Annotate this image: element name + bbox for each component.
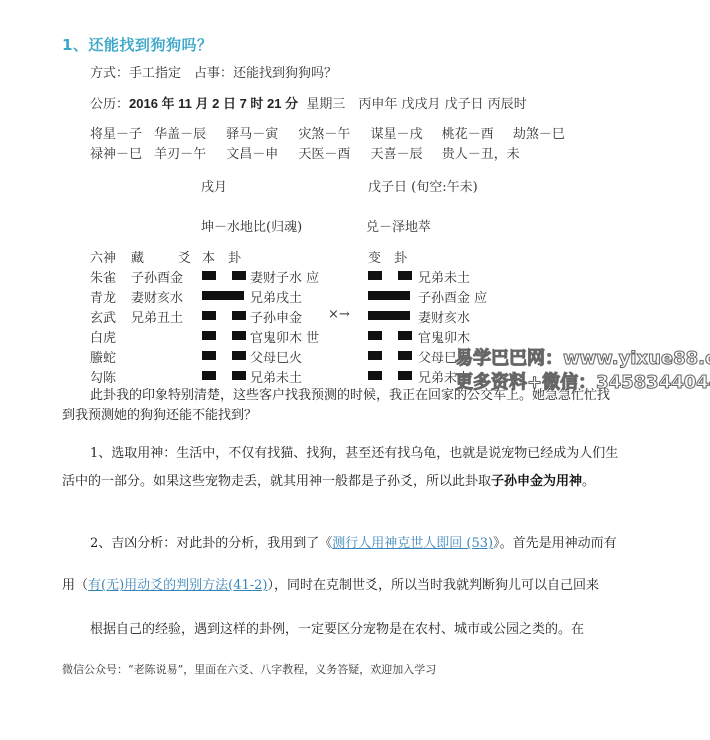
header-liushen: 六神 xyxy=(90,247,116,266)
shensha-row-1: 将星－子 华盖－辰 驿马－寅 灾煞－午 谋星－戌 桃花－酉 劫煞－巳 xyxy=(90,123,565,142)
shensha-item: 华盖－辰 xyxy=(154,123,222,142)
date-value: 2016 年 11 月 2 日 7 时 21 分 xyxy=(129,96,298,111)
shensha-item: 谋星－戌 xyxy=(371,123,438,142)
yang-line-icon xyxy=(202,291,244,300)
shensha-item: 劫煞－巳 xyxy=(513,123,565,142)
shensha-item: 天喜－辰 xyxy=(371,143,438,162)
point-1-paragraph: 1、选取用神：生活中，不仅有找猫、找狗，甚至还有找乌龟，也就是说宠物已经成为人们… xyxy=(62,440,622,496)
ben-yao-text: 兄弟未土 xyxy=(250,367,302,386)
cang: 子孙酉金 xyxy=(131,267,183,286)
yin-line-icon xyxy=(202,311,246,320)
ben-yao-text: 官鬼卯木 世 xyxy=(250,327,319,346)
shensha-row-2: 禄神－巳 羊刃－午 文昌－申 天医－酉 天喜－辰 贵人－丑，未 xyxy=(90,143,520,162)
shensha-item: 文昌－申 xyxy=(226,143,294,162)
bian-yao-text: 子孙酉金 应 xyxy=(418,287,487,306)
cang: 妻财亥水 xyxy=(131,287,183,306)
liushen: 螣蛇 xyxy=(90,347,116,366)
yin-line-icon xyxy=(202,271,246,280)
day-label: 戊子日 (旬空:午未) xyxy=(368,176,478,195)
changed-gua-name: 兑－泽地萃 xyxy=(366,216,431,235)
yang-line-icon xyxy=(368,291,410,300)
point-2-paragraph: 2、吉凶分析：对此卦的分析，我用到了《测行人用神克世人即回 (53)》。首先是用… xyxy=(62,523,622,607)
ben-yao-text: 父母巳火 xyxy=(250,347,302,366)
point-3-paragraph: 根据自己的经验，遇到这样的卦例，一定要区分宠物是在农村、城市或公园之类的。在 xyxy=(62,620,622,640)
date-rest: 星期三 丙申年 戊戌月 戊子日 丙辰时 xyxy=(306,97,526,112)
yin-line-icon xyxy=(202,351,246,360)
shensha-item: 禄神－巳 xyxy=(90,143,150,162)
shensha-item: 灾煞－午 xyxy=(298,123,366,142)
shensha-item: 将星－子 xyxy=(90,123,150,142)
date-line: 公历：2016 年 11 月 2 日 7 时 21 分 星期三 丙申年 戊戌月 … xyxy=(90,93,527,112)
yin-line-icon xyxy=(368,371,412,380)
liushen: 朱雀 xyxy=(90,267,116,286)
moving-mark-icon: ×→ xyxy=(328,307,350,322)
yin-line-icon xyxy=(368,351,412,360)
main-gua-name: 坤－水地比(归魂) xyxy=(201,216,302,235)
yin-line-icon xyxy=(368,271,412,280)
footer-note: 微信公众号：“老陈说易”，里面在六爻、八字教程，义务答疑，欢迎加入学习 xyxy=(62,661,436,677)
shensha-item: 驿马－寅 xyxy=(226,123,294,142)
page-title: 1、还能找到狗狗吗？ xyxy=(62,34,212,55)
shensha-item: 天医－酉 xyxy=(298,143,366,162)
yin-line-icon xyxy=(368,331,412,340)
header-cang: 藏 xyxy=(131,247,144,266)
liushen: 白虎 xyxy=(90,327,116,346)
point-2-post: ），同时在克制世爻，所以当时我就判断狗儿可以自己回来 xyxy=(268,578,600,593)
ben-yao-text: 子孙申金 xyxy=(250,307,302,326)
yin-line-icon xyxy=(202,371,246,380)
point-1-end: 。 xyxy=(582,474,595,489)
point-2-pre: 2、吉凶分析：对此卦的分析，我用到了《 xyxy=(90,536,332,551)
liushen: 玄武 xyxy=(90,307,116,326)
month-label: 戌月 xyxy=(201,176,227,195)
yin-line-icon xyxy=(202,331,246,340)
watermark-line-2: 更多资料+微信：3458344044 xyxy=(455,368,710,394)
yang-line-icon xyxy=(368,311,410,320)
date-label: 公历： xyxy=(90,97,129,112)
bian-yao-text: 兄弟未土 xyxy=(418,267,470,286)
yongshen-highlight: 子孙申金为用神 xyxy=(491,474,582,489)
shensha-item: 羊刃－午 xyxy=(154,143,222,162)
link-dongyao-method[interactable]: 有(无)用动爻的判别方法(41-2) xyxy=(88,578,268,593)
header-ben-gua: 本 卦 xyxy=(202,247,241,266)
link-ce-xingren[interactable]: 测行人用神克世人即回 (53) xyxy=(332,536,493,551)
ben-yao-text: 妻财子水 应 xyxy=(250,267,319,286)
header-bian-gua: 变 卦 xyxy=(368,247,407,266)
watermark-line-1: 易学巴巴网：www.yixue88.cn xyxy=(455,344,710,370)
liushen: 青龙 xyxy=(90,287,116,306)
shensha-item: 桃花－酉 xyxy=(442,123,509,142)
header-yao: 爻 xyxy=(178,247,191,266)
method-line: 方式：手工指定 占事：还能找到狗狗吗？ xyxy=(90,62,337,81)
bian-yao-text: 妻财亥水 xyxy=(418,307,470,326)
cang: 兄弟丑土 xyxy=(131,307,183,326)
ben-yao-text: 兄弟戌土 xyxy=(250,287,302,306)
liushen: 勾陈 xyxy=(90,367,116,386)
shensha-item: 贵人－丑，未 xyxy=(442,143,520,162)
